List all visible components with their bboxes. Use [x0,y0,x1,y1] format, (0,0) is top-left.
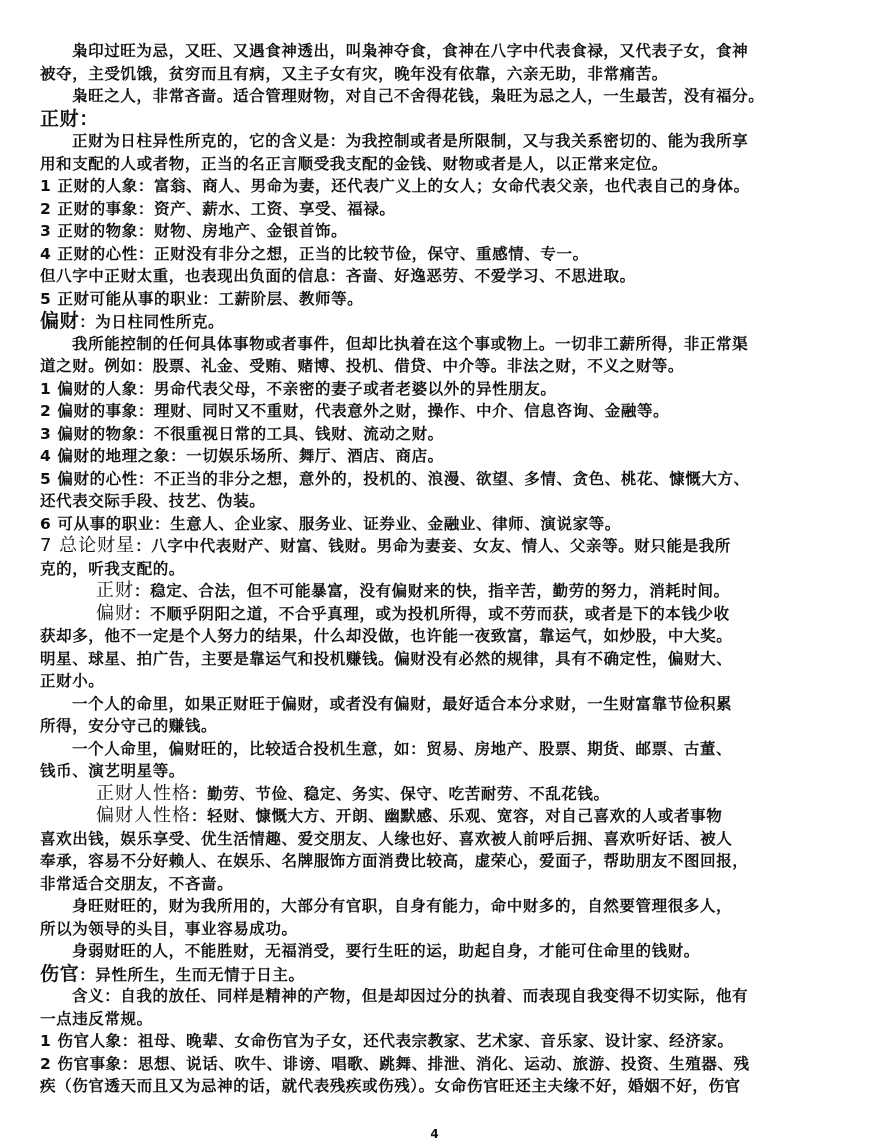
line-text: 含义：自我的放任、同样是精神的产物，但是却因过分的执着、而表现自我变得不切实际，… [72,987,748,1005]
line-text: 3 正财的物象：财物、房地产、金银首饰。 [40,222,347,240]
line-text: 3 偏财的物象：不很重视日常的工具、钱财、流动之财。 [40,425,444,443]
line-text: ：异性所生，生而无情于日主。 [79,966,304,984]
line-text: ：不顺乎阴阳之道，不合乎真理，或为投机所得，或不劳而获，或者是下的本钱少收 [134,605,730,623]
list-item: 6 可从事的职业：生意人、企业家、服务业、证券业、金融业、律师、演说家等。 [40,513,820,536]
paragraph-line: 偏财人性格：轻财、慷慨大方、开朗、幽默感、乐观、宽容，对自己喜欢的人或者事物 [40,805,820,828]
list-item: 4 偏财的地理之象：一切娱乐场所、舞厅、酒店、商店。 [40,445,820,468]
paragraph-line: 一个人命里，偏财旺的，比较适合投机生意，如：贸易、房地产、股票、期货、邮票、古董… [40,738,820,761]
paragraph-line: 但八字中正财太重，也表现出负面的信息：吝啬、好逸恶劳、不爱学习、不思进取。 [40,265,820,288]
list-item: 2 偏财的事象：理财、同时又不重财，代表意外之财，操作、中介、信息咨询、金融等。 [40,400,820,423]
line-text: 正财小。 [40,672,104,690]
paragraph-line: 我所能控制的任何具体事物或者事件，但却比执着在这个事或物上。一切非工薪所得，非正… [40,333,820,356]
paragraph-line: 含义：自我的放任、同样是精神的产物，但是却因过分的执着、而表现自我变得不切实际，… [40,985,820,1008]
line-text: 还代表交际手段、技艺、伪装。 [40,492,265,510]
paragraph-line: 奉承，容易不分好赖人、在娱乐、名牌服饰方面消费比较高，虚荣心，爱面子，帮助朋友不… [40,850,820,873]
list-item: 1 偏财的人象：男命代表父母，不亲密的妻子或者老婆以外的异性朋友。 [40,378,820,401]
heading-text: 偏财 [96,603,134,624]
paragraph-line: 喜欢出钱，娱乐享受、优生活情趣、爱交朋友、人缘也好、喜欢被人前呼后拥、喜欢听好话… [40,828,820,851]
line-text: 我所能控制的任何具体事物或者事件，但却比执着在这个事或物上。一切非工薪所得，非正… [72,335,748,353]
line-text: 6 可从事的职业：生意人、企业家、服务业、证券业、金融业、律师、演说家等。 [40,515,621,533]
paragraph-line: 一个人的命里，如果正财旺于偏财，或者没有偏财，最好适合本分求财，一生财富靠节俭积… [40,693,820,716]
paragraph-line: 所以为领导的头目，事业容易成功。 [40,918,820,941]
paragraph-line: 还代表交际手段、技艺、伪装。 [40,490,820,513]
paragraph-line: 道之财。例如：股票、礼金、受贿、赌博、投机、借贷、中介等。非法之财，不义之财等。 [40,355,820,378]
paragraph-line: 正财：稳定、合法，但不可能暴富，没有偏财来的快，指辛苦，勤劳的努力，消耗时间。 [40,580,820,603]
paragraph-line: 正财小。 [40,670,820,693]
line-text: 一个人命里，偏财旺的，比较适合投机生意，如：贸易、房地产、股票、期货、邮票、古董… [72,740,732,758]
line-text: 2 伤官事象：思想、说话、吹牛、诽谤、唱歌、跳舞、排泄、消化、运动、旅游、投资、… [40,1055,750,1073]
paragraph-line: 钱币、演艺明星等。 [40,760,820,783]
paragraph-line: 被夺，主受饥饿，贫穷而且有病，又主子女有灾，晚年没有依靠，六亲无助，非常痛苦。 [40,63,820,86]
paragraph-line: 明星、球星、拍广告，主要是靠运气和投机赚钱。偏财没有必然的规律，具有不确定性，偏… [40,648,820,671]
line-text: ：勤劳、节俭、稳定、务实、保守、吃苦耐劳、不乱花钱。 [191,785,610,803]
list-item: 2 正财的事象：资产、薪水、工资、享受、福禄。 [40,198,820,221]
line-text: 1 正财的人象：富翁、商人、男命为妻，还代表广义上的女人；女命代表父亲，也代表自… [40,177,750,195]
list-item: 5 正财可能从事的职业：工薪阶层、教师等。 [40,288,820,311]
paragraph-line: 偏财：不顺乎阴阳之道，不合乎真理，或为投机所得，或不劳而获，或者是下的本钱少收 [40,603,820,626]
list-item: 1 伤官人象：祖母、晚辈、女命伤官为子女，还代表宗教家、艺术家、音乐家、设计家、… [40,1030,820,1053]
list-item: 3 正财的物象：财物、房地产、金银首饰。 [40,220,820,243]
heading-text: 伤官 [40,963,79,985]
line-text: 用和支配的人或者物，正当的名正言顺受我支配的金钱、财物或者是人，以正常来定位。 [40,155,668,173]
paragraph-line: 非常适合交朋友，不吝啬。 [40,873,820,896]
line-text: 明星、球星、拍广告，主要是靠运气和投机赚钱。偏财没有必然的规律，具有不确定性，偏… [40,650,732,668]
section-heading-zhengcai: 正财： [40,108,820,131]
line-text: ：为日柱同性所克。 [79,313,224,331]
line-text: 枭旺之人，非常吝啬。适合管理财物，对自己不舍得花钱，枭旺为忌之人，一生最苦，没有… [72,87,764,105]
list-item: 4 正财的心性：正财没有非分之想，正当的比较节俭，保守、重感情、专一。 [40,243,820,266]
paragraph-line: 正财为日柱异性所克的，它的含义是：为我控制或者是所限制，又与我关系密切的、能为我… [40,130,820,153]
heading-text: 正财： [40,108,99,130]
line-text: 身弱财旺的人，不能胜财，无福消受，要行生旺的运，助起自身，才能可住命里的钱财。 [72,942,700,960]
line-text: 枭印过旺为忌，又旺、又遇食神透出，叫枭神夺食，食神在八字中代表食禄，又代表子女，… [72,42,748,60]
line-text: 4 偏财的地理之象：一切娱乐场所、舞厅、酒店、商店。 [40,447,444,465]
paragraph-line: 正财人性格：勤劳、节俭、稳定、务实、保守、吃苦耐劳、不乱花钱。 [40,783,820,806]
heading-text: 正财人性格 [96,783,191,804]
paragraph-line: 身旺财旺的，财为我所用的，大部分有官职，自身有能力，命中财多的，自然要管理很多人… [40,895,820,918]
line-text: 被夺，主受饥饿，贫穷而且有病，又主子女有灾，晚年没有依靠，六亲无助，非常痛苦。 [40,65,668,83]
line-text: 获却多，他不一定是个人努力的结果，什么却没做，也许能一夜致富，靠运气，如炒股，中… [40,627,732,645]
paragraph-line: 疾（伤官透天而且又为忌神的话，就代表残疾或伤残）。女命伤官旺还主夫缘不好，婚姻不… [40,1075,820,1098]
paragraph-line: 克的，听我支配的。 [40,558,820,581]
line-text: 钱币、演艺明星等。 [40,762,185,780]
paragraph-line: 所得，安分守己的赚钱。 [40,715,820,738]
list-item: 3 偏财的物象：不很重视日常的工具、钱财、流动之财。 [40,423,820,446]
line-text: ：稳定、合法，但不可能暴富，没有偏财来的快，指辛苦，勤劳的努力，消耗时间。 [134,582,730,600]
line-text: 身旺财旺的，财为我所用的，大部分有官职，自身有能力，命中财多的，自然要管理很多人… [72,897,732,915]
line-text: ：轻财、慷慨大方、开朗、幽默感、乐观、宽容，对自己喜欢的人或者事物 [191,807,722,825]
paragraph-line: 获却多，他不一定是个人努力的结果，什么却没做，也许能一夜致富，靠运气，如炒股，中… [40,625,820,648]
line-text: 4 正财的心性：正财没有非分之想，正当的比较节俭，保守、重感情、专一。 [40,245,589,263]
line-text: 但八字中正财太重，也表现出负面的信息：吝啬、好逸恶劳、不爱学习、不思进取。 [40,267,636,285]
line-text: ：八字中代表财产、财富、钱财。男命为妻妾、女友、情人、父亲等。财只能是我所 [135,537,731,555]
paragraph-line: 一点违反常规。 [40,1008,820,1031]
section-heading-shangguan: 伤官：异性所生，生而无情于日主。 [40,963,820,986]
line-text: 5 偏财的心性：不正当的非分之想，意外的，投机的、浪漫、欲望、多情、贪色、桃花、… [40,470,750,488]
line-text: 疾（伤官透天而且又为忌神的话，就代表残疾或伤残）。女命伤官旺还主夫缘不好，婚姻不… [40,1077,741,1095]
line-text: 奉承，容易不分好赖人、在娱乐、名牌服饰方面消费比较高，虚荣心，爱面子，帮助朋友不… [40,852,748,870]
heading-text: 7 总论财星 [40,535,135,556]
paragraph-line: 用和支配的人或者物，正当的名正言顺受我支配的金钱、财物或者是人，以正常来定位。 [40,153,820,176]
line-text: 1 偏财的人象：男命代表父母，不亲密的妻子或者老婆以外的异性朋友。 [40,380,556,398]
line-text: 1 伤官人象：祖母、晚辈、女命伤官为子女，还代表宗教家、艺术家、音乐家、设计家、… [40,1032,734,1050]
line-text: 5 正财可能从事的职业：工薪阶层、教师等。 [40,290,363,308]
line-text: 一点违反常规。 [40,1010,153,1028]
line-text: 2 偏财的事象：理财、同时又不重财，代表意外之财，操作、中介、信息咨询、金融等。 [40,402,669,420]
heading-text: 正财 [96,580,134,601]
heading-text: 偏财 [40,310,79,332]
page-number: 4 [0,1127,869,1141]
paragraph-line: 枭旺之人，非常吝啬。适合管理财物，对自己不舍得花钱，枭旺为忌之人，一生最苦，没有… [40,85,820,108]
line-text: 非常适合交朋友，不吝啬。 [40,875,233,893]
section-heading-piancai: 偏财：为日柱同性所克。 [40,310,820,333]
section-heading-zonglun: 7 总论财星：八字中代表财产、财富、钱财。男命为妻妾、女友、情人、父亲等。财只能… [40,535,820,558]
line-text: 所得，安分守己的赚钱。 [40,717,217,735]
heading-text: 偏财人性格 [96,805,191,826]
line-text: 一个人的命里，如果正财旺于偏财，或者没有偏财，最好适合本分求财，一生财富靠节俭积… [72,695,732,713]
document-page: 枭印过旺为忌，又旺、又遇食神透出，叫枭神夺食，食神在八字中代表食禄，又代表子女，… [40,40,820,1098]
list-item: 1 正财的人象：富翁、商人、男命为妻，还代表广义上的女人；女命代表父亲，也代表自… [40,175,820,198]
line-text: 喜欢出钱，娱乐享受、优生活情趣、爱交朋友、人缘也好、喜欢被人前呼后拥、喜欢听好话… [40,830,732,848]
list-item: 2 伤官事象：思想、说话、吹牛、诽谤、唱歌、跳舞、排泄、消化、运动、旅游、投资、… [40,1053,820,1076]
paragraph-line: 枭印过旺为忌，又旺、又遇食神透出，叫枭神夺食，食神在八字中代表食禄，又代表子女，… [40,40,820,63]
line-text: 正财为日柱异性所克的，它的含义是：为我控制或者是所限制，又与我关系密切的、能为我… [72,132,748,150]
line-text: 所以为领导的头目，事业容易成功。 [40,920,298,938]
paragraph-line: 身弱财旺的人，不能胜财，无福消受，要行生旺的运，助起自身，才能可住命里的钱财。 [40,940,820,963]
line-text: 道之财。例如：股票、礼金、受贿、赌博、投机、借贷、中介等。非法之财，不义之财等。 [40,357,684,375]
list-item: 5 偏财的心性：不正当的非分之想，意外的，投机的、浪漫、欲望、多情、贪色、桃花、… [40,468,820,491]
line-text: 2 正财的事象：资产、薪水、工资、享受、福禄。 [40,200,395,218]
line-text: 克的，听我支配的。 [40,560,185,578]
